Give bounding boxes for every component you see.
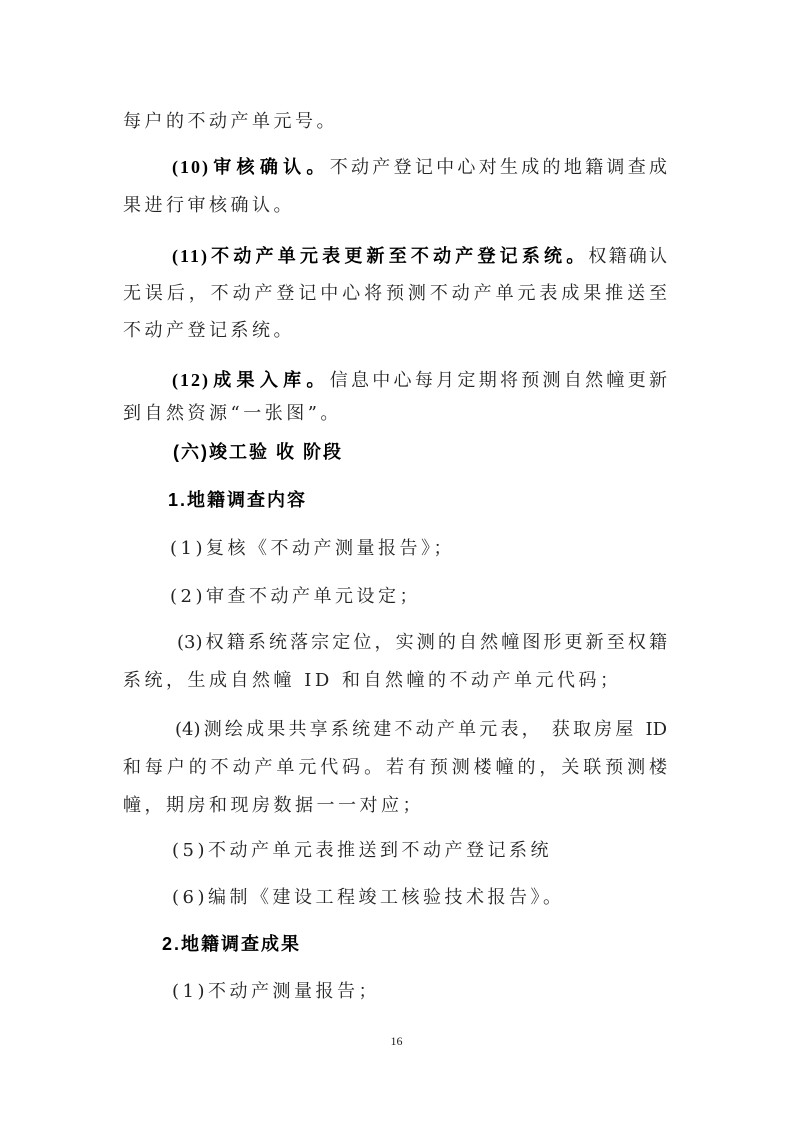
content-item-3-line-1: (3)权籍系统落宗定位，实测的自然幢图形更新至权籍 — [177, 630, 667, 656]
step-11-line-2: 无误后，不动产登记中心将预测不动产单元表成果推送至 — [123, 281, 667, 307]
step-11-text: 权籍确认 — [588, 246, 667, 267]
step-10-text: 不动产登记中心对生成的地籍调查成 — [330, 157, 667, 178]
step-12-label: (12)成果入库。 — [172, 370, 330, 390]
content-item-4-line-2: 和每户的不动产单元代码。若有预测楼幢的，关联预测楼 — [123, 755, 667, 781]
content-item-4-line-1: (4)测绘成果共享系统建不动产单元表， 获取房屋 ID — [175, 717, 667, 743]
page-number: 16 — [0, 1034, 793, 1049]
content-item-6: (6)编制《建设工程竣工核验技术报告》。 — [172, 885, 565, 911]
step-10-label: (10)审核确认。 — [172, 157, 330, 177]
subsection-2-heading: 2.地籍调查成果 — [162, 931, 301, 957]
content-item-4-line-3: 幢，期房和现房数据一一对应； — [123, 793, 424, 819]
step-12-text: 信息中心每月定期将预测自然幢更新 — [330, 370, 667, 391]
step-11-line-1: (11)不动产单元表更新至不动产登记系统。权籍确认 — [172, 243, 667, 269]
subsection-1-heading: 1.地籍调查内容 — [168, 487, 307, 513]
document-page: 每户的不动产单元号。 (10)审核确认。不动产登记中心对生成的地籍调查成 果进行… — [0, 0, 793, 1122]
content-item-3-line-2: 系统，生成自然幢 ID 和自然幢的不动产单元代码； — [123, 668, 621, 694]
step-12-line-2: 到自然资源“一张图”。 — [123, 401, 342, 427]
step-11-line-3: 不动产登记系统。 — [123, 318, 295, 344]
step-12-line-1: (12)成果入库。信息中心每月定期将预测自然幢更新 — [172, 367, 667, 393]
content-item-2: (2)审查不动产单元设定； — [170, 584, 421, 610]
result-item-1: (1)不动产测量报告； — [172, 979, 380, 1005]
content-item-1: (1)复核《不动产测量报告》； — [170, 536, 455, 562]
intro-line: 每户的不动产单元号。 — [123, 109, 338, 135]
content-item-5: (5)不动产单元表推送到不动产登记系统 — [172, 838, 552, 864]
step-10-line-1: (10)审核确认。不动产登记中心对生成的地籍调查成 — [172, 154, 667, 180]
step-11-label: (11)不动产单元表更新至不动产登记系统。 — [172, 246, 588, 266]
step-10-line-2: 果进行审核确认。 — [123, 193, 295, 219]
section-heading: (六)竣工验 收 阶段 — [173, 439, 343, 465]
